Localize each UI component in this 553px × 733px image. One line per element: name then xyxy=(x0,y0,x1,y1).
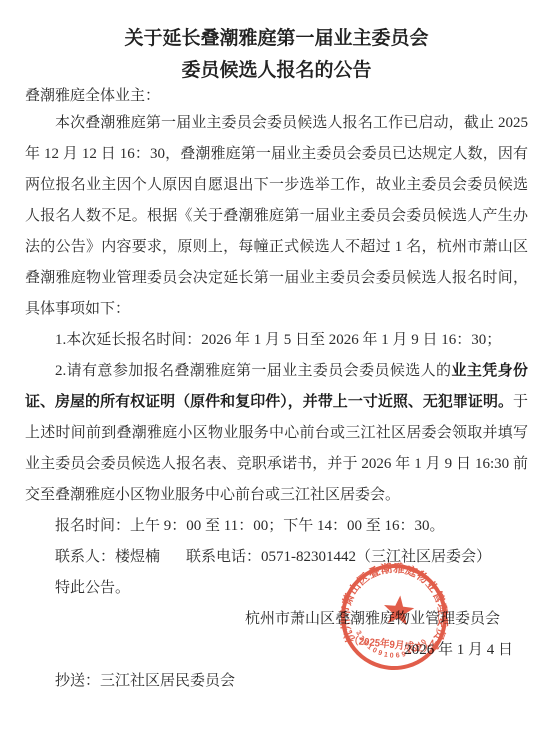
list-item-2-tail: 于上述时间前到叠潮雅庭小区物业服务中心前台或三江社区居委会领取并填写业主委员会委… xyxy=(25,394,528,503)
contact-person: 联系人：楼煜楠 xyxy=(55,549,160,565)
list-item-2: 2.请有意参加报名叠潮雅庭第一届业主委员会委员候选人的业主凭身份证、房屋的所有权… xyxy=(25,356,528,511)
announcement-page: 关于延长叠潮雅庭第一届业主委员会 委员候选人报名的公告 叠潮雅庭全体业主： 本次… xyxy=(0,0,553,733)
contact-phone: 联系电话：0571-82301442（三江社区居委会） xyxy=(186,549,491,565)
list-item-2-lead: 2.请有意参加报名叠潮雅庭第一届业主委员会委员候选人的 xyxy=(55,363,451,379)
issue-date: 2026 年 1 月 4 日 xyxy=(25,635,528,666)
announcement-body: 叠潮雅庭全体业主： 本次叠潮雅庭第一届业主委员会委员候选人报名工作已启动，截止 … xyxy=(0,84,553,697)
page-title-line2: 委员候选人报名的公告 xyxy=(0,58,553,84)
closing-line: 特此公告。 xyxy=(25,573,528,604)
salutation: 叠潮雅庭全体业主： xyxy=(25,84,528,108)
list-item-1: 1.本次延长报名时间：2026 年 1 月 5 日至 2026 年 1 月 9 … xyxy=(25,325,528,356)
cc-line: 抄送：三江社区居民委员会 xyxy=(25,666,528,697)
paragraph-intro: 本次叠潮雅庭第一届业主委员会委员候选人报名工作已启动，截止 2025 年 12 … xyxy=(25,108,528,325)
page-title-line1: 关于延长叠潮雅庭第一届业主委员会 xyxy=(0,0,553,52)
registration-hours: 报名时间：上午 9：00 至 11：00；下午 14：00 至 16：30。 xyxy=(25,511,528,542)
issuer-signature: 杭州市萧山区叠潮雅庭物业管理委员会 xyxy=(25,604,528,635)
contact-line: 联系人：楼煜楠联系电话：0571-82301442（三江社区居委会） xyxy=(25,542,528,573)
